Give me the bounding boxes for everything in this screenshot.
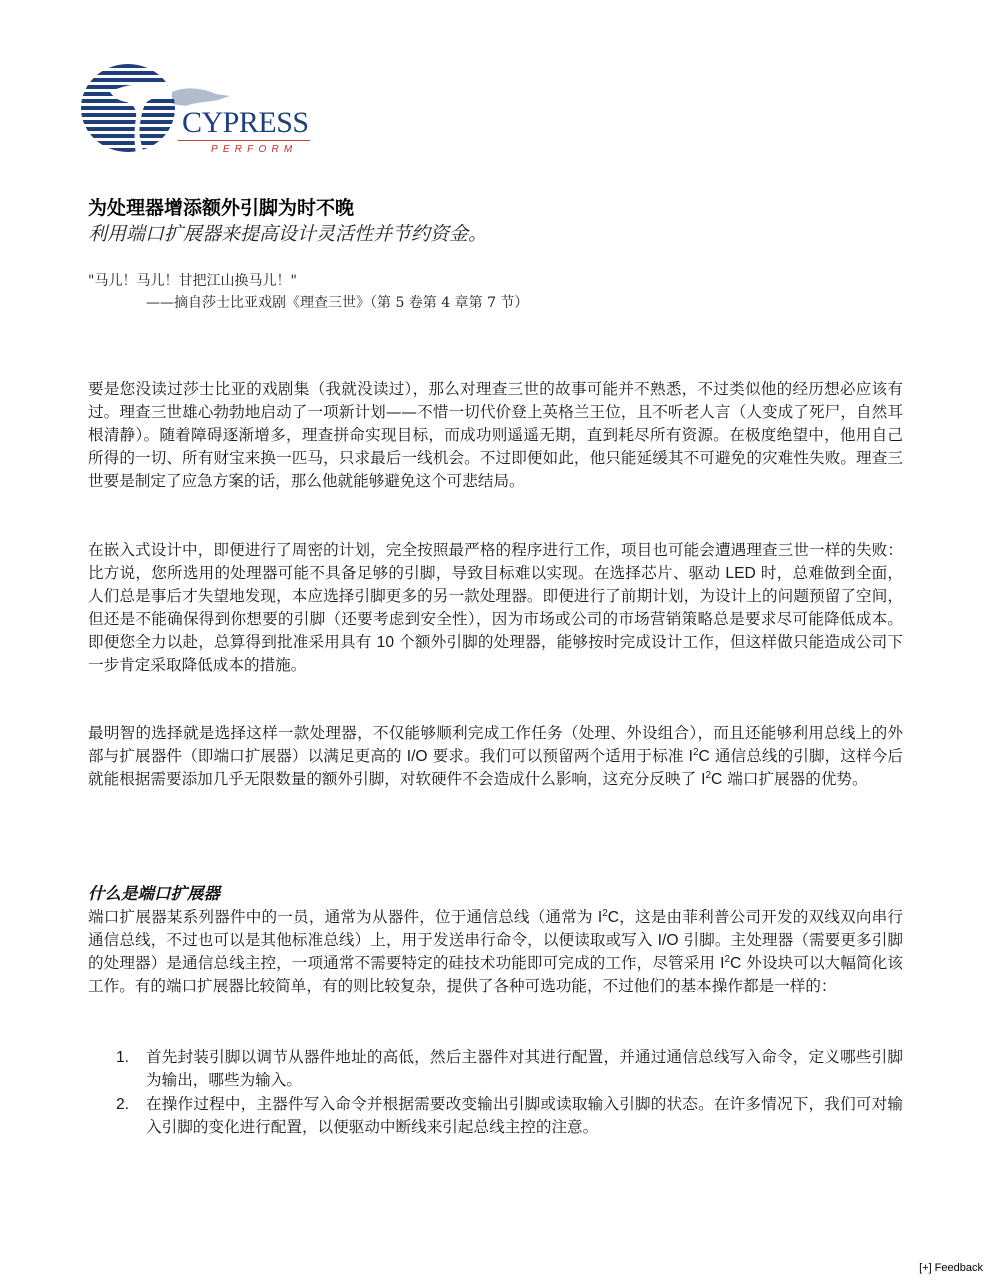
term-led: LED	[725, 565, 755, 582]
term-io: I/O	[407, 748, 428, 765]
term-i2c: I2C	[720, 955, 741, 972]
i2c-c: C	[608, 909, 619, 926]
operation-steps-list: 1. 首先封装引脚以调节从器件地址的高低，然后主器件对其进行配置，并通过通信总线…	[116, 1046, 903, 1139]
logo-divider	[178, 140, 310, 141]
paragraph-what-is-port-expander: 端口扩展器某系列器件中的一员，通常为从器件，位于通信总线（通常为 I2C，这是由…	[88, 906, 903, 998]
paragraph-best-choice: 最明智的选择就是选择这样一款处理器，不仅能够顺利完成工作任务（处理、外设组合），…	[88, 722, 903, 791]
list-text: 在操作过程中，主器件写入命令并根据需要改变输出引脚或读取输入引脚的状态。在许多情…	[146, 1095, 903, 1136]
i2c-c: C	[711, 771, 722, 788]
epigraph-source: ——摘自莎士比亚戏剧《理查三世》（第 5 卷第 4 章第 7 节）	[146, 292, 528, 314]
term-i2c: I2C	[701, 771, 722, 788]
section-heading: 什么是端口扩展器	[88, 882, 220, 906]
text-run: 端口扩展器某系列器件中的一员，通常为从器件，位于通信总线（通常为	[88, 908, 598, 926]
list-item: 1. 首先封装引脚以调节从器件地址的高低，然后主器件对其进行配置，并通过通信总线…	[116, 1046, 903, 1092]
number-ten: 10	[377, 634, 394, 651]
term-io: I/O	[658, 932, 679, 949]
text-run: 端口扩展器的优势。	[722, 770, 867, 788]
term-i2c: I2C	[689, 748, 710, 765]
list-text: 首先封装引脚以调节从器件地址的高低，然后主器件对其进行配置，并通过通信总线写入命…	[146, 1048, 903, 1089]
cypress-globe-icon	[80, 62, 180, 154]
i2c-c: C	[699, 748, 710, 765]
list-number: 1.	[116, 1046, 129, 1069]
epigraph-quote: "马儿！马儿！甘把江山换马儿！"	[88, 270, 297, 292]
page-title: 为处理器增添额外引脚为时不晚	[88, 196, 354, 220]
term-i2c: I2C	[598, 909, 619, 926]
i2c-c: C	[730, 955, 741, 972]
page-subtitle: 利用端口扩展器来提高设计灵活性并节约资金。	[88, 222, 487, 246]
brand-name: CYPRESS	[182, 108, 309, 138]
feedback-link[interactable]: [+] Feedback	[919, 1262, 983, 1274]
list-item: 2. 在操作过程中，主器件写入命令并根据需要改变输出引脚或读取输入引脚的状态。在…	[116, 1093, 903, 1139]
text-run: 要求。我们可以预留两个适用于标准	[428, 747, 689, 765]
paragraph-embedded-design: 在嵌入式设计中，即便进行了周密的计划，完全按照最严格的程序进行工作，项目也可能会…	[88, 539, 903, 677]
cypress-logo: CYPRESS PERFORM	[80, 62, 315, 162]
paragraph-intro: 要是您没读过莎士比亚的戏剧集（我就没读过），那么对理查三世的故事可能并不熟悉，不…	[88, 378, 903, 493]
brand-tagline: PERFORM	[211, 144, 297, 156]
list-number: 2.	[116, 1093, 129, 1116]
